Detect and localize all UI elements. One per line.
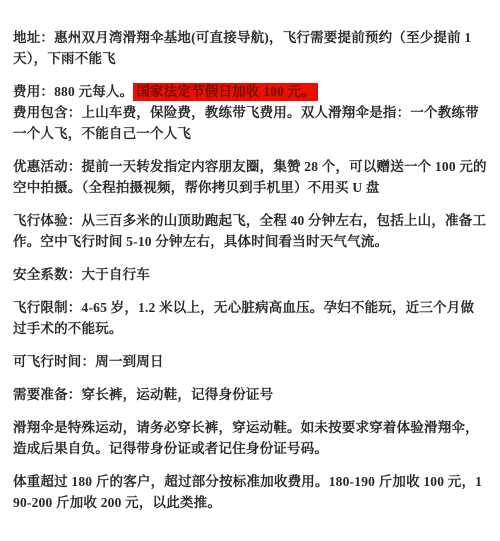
paragraph-preparation: 需要准备：穿长裤，运动鞋，记得身份证号 (13, 384, 487, 405)
holiday-surcharge-highlight: 国家法定节假日加收 100 元。 (133, 83, 318, 101)
paragraph-fee: 费用：880 元每人。国家法定节假日加收 100 元。 (13, 81, 487, 102)
paragraph-flight-experience: 飞行体验：从三百多米的山顶助跑起飞，全程 40 分钟左右，包括上山，准备工作。空… (13, 210, 487, 252)
paragraph-dress-notice: 滑翔伞是特殊运动，请务必穿长裤，穿运动鞋。如未按要求穿着体验滑翔伞，造成后果自负… (13, 417, 487, 459)
document-body: 地址：惠州双月湾滑翔伞基地(可直接导航)，飞行需要提前预约（至少提前 1 天），… (0, 0, 500, 541)
paragraph-promotion: 优惠活动：提前一天转发指定内容朋友圈，集赞 28 个，可以赠送一个 100 元的… (13, 156, 487, 198)
paragraph-flight-restrictions: 飞行限制：4-65 岁，1.2 米以上，无心脏病高血压。孕妇不能玩，近三个月做过… (13, 297, 487, 339)
fee-text: 费用：880 元每人。 (13, 84, 133, 99)
paragraph-weight-surcharge: 体重超过 180 斤的客户，超过部分按标准加收费用。180-190 斤加收 10… (13, 471, 487, 513)
paragraph-address: 地址：惠州双月湾滑翔伞基地(可直接导航)，飞行需要提前预约（至少提前 1 天），… (13, 27, 487, 69)
paragraph-fee-includes: 费用包含：上山车费，保险费，教练带飞费用。双人滑翔伞是指：一个教练带一个人飞，不… (13, 102, 487, 144)
paragraph-safety-factor: 安全系数：大于自行车 (13, 264, 487, 285)
paragraph-available-time: 可飞行时间：周一到周日 (13, 351, 487, 372)
